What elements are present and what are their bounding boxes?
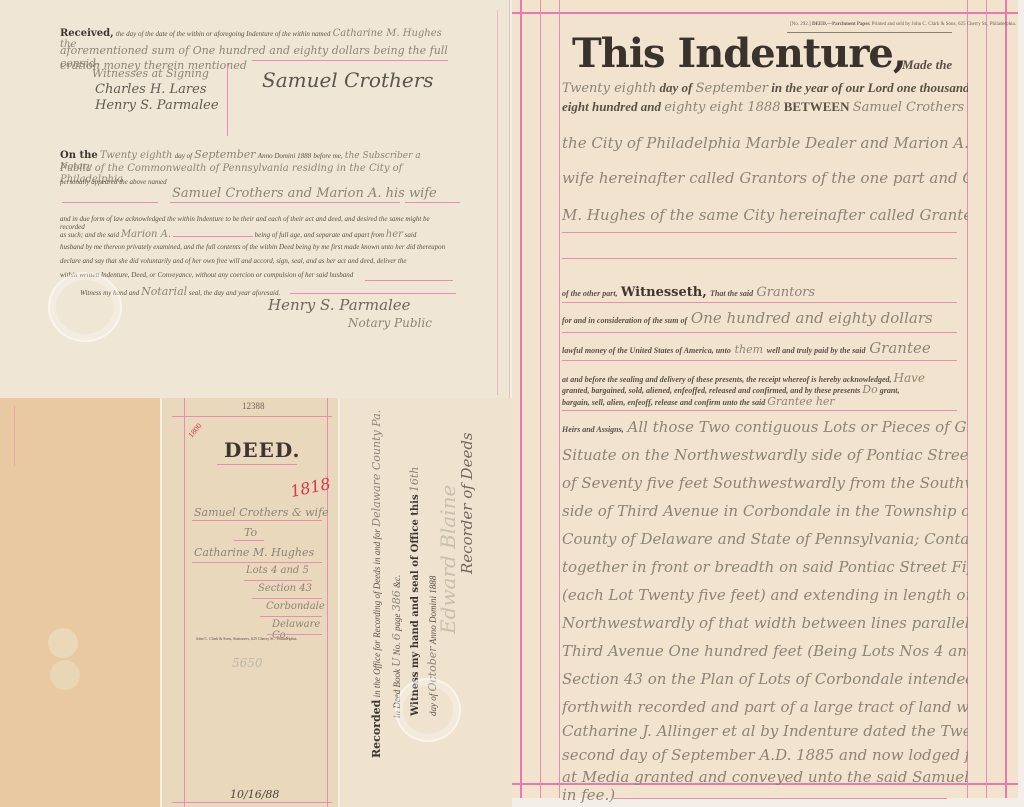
recorded-line: Recorded in the Office for Recording of … bbox=[370, 410, 383, 758]
page-hand: 386 bbox=[390, 590, 403, 611]
sealing-line-3: bargain, sell, alien, enfeoff, release a… bbox=[562, 395, 968, 408]
rule bbox=[290, 293, 456, 294]
grantor-hand: Samuel Crothers & wife bbox=[194, 506, 329, 519]
rule bbox=[260, 616, 322, 617]
body-2b: being of full age, and separate and apar… bbox=[255, 231, 384, 239]
book-hand: U bbox=[390, 657, 403, 666]
deed-cover-docket: 12388 1800 DEED. 1818 Samuel Crothers & … bbox=[162, 398, 338, 807]
day-hand: Twenty eighth bbox=[100, 150, 173, 161]
recorder-title: Recorder of Deeds bbox=[458, 432, 476, 574]
month-hand: September bbox=[696, 81, 768, 96]
description-line-7: Northwestwardly of that width between li… bbox=[562, 614, 968, 632]
body-line-3: husband by me thereon privately examined… bbox=[60, 243, 449, 251]
witness-day-hand: 16th bbox=[408, 467, 421, 493]
sealing-3: bargain, sell, alien, enfeoff, release a… bbox=[562, 398, 765, 407]
stain bbox=[50, 660, 80, 690]
grantee-her-hand: Grantee her bbox=[767, 395, 834, 408]
divider bbox=[227, 64, 228, 136]
heirs-line: Heirs and Assigns, All those Two contigu… bbox=[562, 418, 968, 437]
made-the: Made the bbox=[902, 57, 952, 73]
month-hand: September bbox=[194, 148, 255, 161]
margin-rule-left-inner bbox=[540, 0, 541, 798]
indenture-page: [No. 292.] DEED.—Parchment Paper. Printe… bbox=[512, 0, 1018, 798]
year-text: in the year of our Lord one thousand bbox=[771, 80, 968, 95]
body-2a: as such; and the said bbox=[60, 231, 119, 239]
notary-title: Notary Public bbox=[348, 316, 432, 330]
margin-rule-left bbox=[559, 0, 560, 798]
margin-rule-left bbox=[184, 398, 185, 807]
rule bbox=[244, 580, 312, 581]
description-line-10: forthwith recorded and part of a large t… bbox=[562, 698, 968, 716]
rule bbox=[192, 520, 322, 521]
heirs-assigns: Heirs and Assigns, bbox=[562, 425, 624, 434]
party-line-0: Samuel Crothers of bbox=[853, 100, 968, 115]
sealing-2: granted, bargained, sold, aliened, enfeo… bbox=[562, 386, 860, 395]
description-line-1: Situate on the Northwestwardly side of P… bbox=[562, 446, 968, 464]
page-label: page bbox=[392, 613, 402, 631]
recorded-label: Recorded bbox=[370, 700, 383, 758]
rule bbox=[562, 258, 957, 259]
description-line-13: at Media granted and conveyed unto the s… bbox=[562, 768, 968, 786]
place-hand: Corbondale bbox=[266, 601, 325, 612]
form-header: [No. 292.] DEED.—Parchment Paper. Printe… bbox=[790, 22, 1016, 27]
rule bbox=[562, 360, 957, 361]
rule bbox=[562, 232, 957, 233]
day-of: day of bbox=[660, 80, 693, 95]
grantee-hand: Grantee bbox=[869, 339, 931, 357]
personally-appeared: personally appeared the above named bbox=[60, 178, 449, 186]
margin-rule bbox=[14, 406, 15, 466]
description-line-5: together in front or breadth on said Pon… bbox=[562, 558, 968, 576]
year-line: eight hundred and eighty eight 1888 BETW… bbox=[562, 99, 968, 115]
blank-back-panel bbox=[0, 398, 160, 807]
rule bbox=[365, 280, 453, 281]
description-line-9: Section 43 on the Plan of Lots of Corbon… bbox=[562, 670, 968, 688]
rule bbox=[562, 302, 957, 303]
parties-hand: Samuel Crothers and Marion A. his wife bbox=[172, 186, 437, 201]
before-me: before me, bbox=[313, 152, 342, 160]
top-rule bbox=[172, 416, 332, 417]
body-line-4: declare and say that she did voluntarily… bbox=[60, 257, 449, 265]
recorded-text: in the Office for Recording of Deeds in … bbox=[372, 529, 382, 697]
description-line-2: of Seventy five feet Southwestwardly fro… bbox=[562, 474, 968, 492]
consideration-line: for and in consideration of the sum of O… bbox=[562, 309, 968, 328]
margin-rule-right bbox=[327, 398, 328, 807]
party-line-2: wife hereinafter called Grantors of the … bbox=[562, 169, 968, 187]
other-part: of the other part, bbox=[562, 289, 618, 298]
well-paid: well and truly paid by the said bbox=[767, 346, 866, 355]
witnesseth: Witnesseth, bbox=[621, 285, 707, 300]
description-line-12: second day of September A.D. 1885 and no… bbox=[562, 746, 968, 764]
description-line-14: in fee.) bbox=[562, 786, 968, 804]
rule bbox=[170, 202, 400, 203]
grant: grant, bbox=[880, 386, 900, 395]
acknowledgement-page: Received, the day of the date of the wit… bbox=[0, 0, 510, 398]
stain bbox=[48, 628, 78, 658]
notary-seal-emboss bbox=[48, 272, 122, 342]
consideration: for and in consideration of the sum of bbox=[562, 316, 687, 325]
no-hand: 6 bbox=[390, 633, 403, 640]
to-hand: To bbox=[244, 526, 257, 539]
date-line: Twenty eighth day of September in the ye… bbox=[562, 80, 968, 96]
rule bbox=[217, 464, 297, 465]
indenture-title: This Indenture, bbox=[572, 30, 906, 77]
margin-rule bbox=[497, 10, 498, 395]
rule bbox=[252, 598, 322, 599]
day-hand: Twenty eighth bbox=[562, 81, 656, 96]
body-2c: said bbox=[405, 231, 417, 239]
description-line-0: All those Two contiguous Lots or Pieces … bbox=[627, 418, 968, 436]
etc: &c. bbox=[392, 575, 402, 588]
witness-label: Witnesses at Signing bbox=[92, 67, 209, 80]
rule bbox=[405, 202, 460, 203]
day-of: day of bbox=[175, 152, 192, 160]
rule bbox=[234, 540, 264, 541]
section-hand: Section 43 bbox=[258, 583, 312, 594]
lots-hand: Lots 4 and 5 bbox=[246, 565, 309, 576]
on-the-label: On the bbox=[60, 150, 98, 161]
rule bbox=[62, 202, 158, 203]
rule bbox=[192, 562, 322, 563]
description-line-4: County of Delaware and State of Pennsylv… bbox=[562, 530, 968, 548]
description-line-11: Catharine J. Allinger et al by Indenture… bbox=[562, 722, 968, 740]
rule bbox=[612, 798, 947, 799]
witnesseth-line: of the other part, Witnesseth, That the … bbox=[562, 284, 968, 300]
margin-rule-right-outer bbox=[1005, 0, 1007, 798]
grantee-hand: Catharine M. Hughes bbox=[194, 546, 314, 559]
witness-signature-2: Henry S. Parmalee bbox=[95, 98, 219, 113]
red-pencil-number: 1800 bbox=[186, 421, 203, 439]
printer-credit: Printed and sold by John C. Clark & Sons… bbox=[872, 22, 1016, 27]
form-number: [No. 292.] bbox=[790, 22, 811, 27]
body-line-2: as such; and the said Marion A. being of… bbox=[60, 229, 449, 240]
margin-rule-left-outer bbox=[520, 0, 522, 798]
description-line-8: Third Avenue One hundred feet (Being Lot… bbox=[562, 642, 968, 660]
no-label: No. bbox=[392, 642, 402, 655]
party-line-3: M. Hughes of the same City hereinafter c… bbox=[562, 206, 968, 224]
rule bbox=[173, 236, 253, 237]
grantors-hand: Grantors bbox=[756, 285, 815, 300]
rule bbox=[252, 60, 448, 61]
grantor-signature: Samuel Crothers bbox=[262, 68, 434, 92]
between: BETWEEN bbox=[784, 99, 850, 114]
body-2-hand: Marion A. bbox=[121, 229, 171, 240]
received-text: the day of the date of the within or afo… bbox=[116, 30, 331, 38]
sum-hand: One hundred and eighty dollars bbox=[691, 309, 933, 327]
pencil-number: 5650 bbox=[232, 656, 263, 670]
rule bbox=[562, 332, 957, 333]
printer-credit: John C. Clark & Sons, Stationers, 625 Ch… bbox=[196, 636, 297, 641]
bottom-rule bbox=[172, 802, 332, 803]
filed-date: 10/16/88 bbox=[230, 788, 279, 801]
body-2-hand2: her bbox=[386, 229, 403, 240]
description-line-3: side of Third Avenue in Corbondale in th… bbox=[562, 502, 968, 520]
eight-hundred: eight hundred and bbox=[562, 99, 661, 114]
received-label: Received, bbox=[60, 28, 114, 39]
witness-line-hand: Notarial bbox=[141, 285, 187, 298]
docket-number: 12388 bbox=[242, 401, 265, 411]
year-hand: eighty eight 1888 bbox=[664, 100, 780, 115]
lawful-money-line: lawful money of the United States of Ame… bbox=[562, 339, 968, 358]
description-line-6: (each Lot Twenty five feet) and extendin… bbox=[562, 586, 968, 604]
county-hand: Delaware County Pa. bbox=[370, 410, 383, 527]
cover-title: DEED. bbox=[224, 438, 300, 462]
notary-signature: Henry S. Parmalee bbox=[268, 296, 411, 314]
margin-rule-right-inner bbox=[986, 0, 987, 798]
rule bbox=[562, 410, 957, 411]
recorder-seal-emboss bbox=[395, 678, 461, 742]
recorder-signature: Edward Blaine bbox=[436, 485, 460, 634]
top-rule bbox=[512, 12, 1018, 14]
lawful-money: lawful money of the United States of Ame… bbox=[562, 346, 731, 355]
body-line-5: within written Indenture, Deed, or Conve… bbox=[60, 271, 449, 279]
witness-signature-1: Charles H. Lares bbox=[95, 82, 207, 97]
form-title: DEED.—Parchment Paper. bbox=[812, 22, 870, 27]
red-pencil-number-large: 1818 bbox=[288, 474, 332, 501]
them-hand: them bbox=[735, 343, 763, 356]
witness-line-b: seal, the day and year aforesaid. bbox=[189, 289, 280, 297]
anno-domini: Anno Domini 1888 bbox=[258, 152, 311, 160]
party-line-1: the City of Philadelphia Marble Dealer a… bbox=[562, 134, 968, 152]
that-the-said: That the said bbox=[710, 289, 753, 298]
recording-panel: Recorded in the Office for Recording of … bbox=[340, 398, 512, 807]
rule bbox=[267, 634, 322, 635]
